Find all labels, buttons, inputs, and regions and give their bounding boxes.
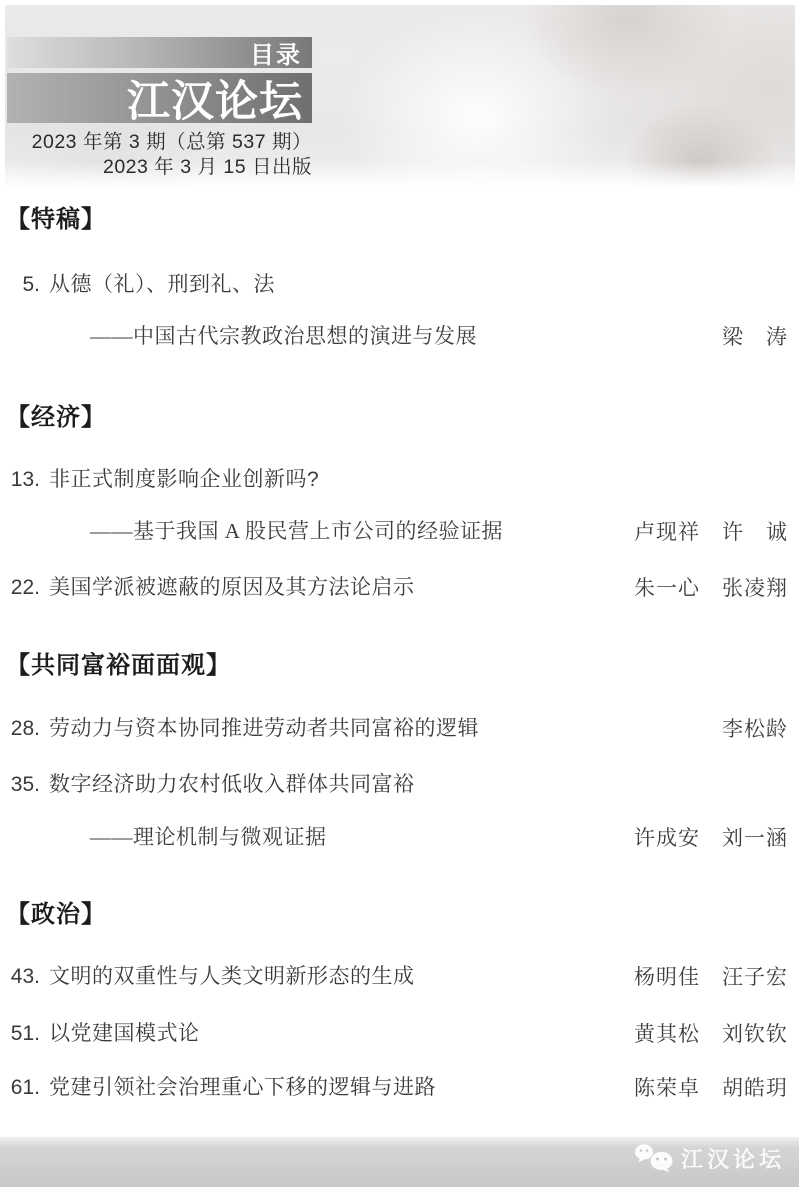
journal-name-banner: 江汉论坛 — [7, 73, 312, 123]
section-heading-tegao: 【特稿】 — [6, 206, 106, 234]
toc-entry-title: 13.非正式制度影响企业创新吗? — [0, 466, 799, 495]
article-title: 以党建国模式论 — [49, 1022, 200, 1045]
toc-entry-title: 43.文明的双重性与人类文明新形态的生成 杨明佳 汪子宏 — [0, 963, 799, 992]
toc-entry-title: 28.劳动力与资本协同推进劳动者共同富裕的逻辑 李松龄 — [0, 715, 799, 744]
journal-toc-page: 目录 江汉论坛 2023 年第 3 期（总第 537 期） 2023 年 3 月… — [0, 0, 799, 1187]
page-number: 13. — [0, 466, 40, 493]
toc-entry-subtitle: ——中国古代宗教政治思想的演进与发展 梁 涛 — [0, 323, 799, 352]
toc-entry-subtitle: ——基于我国 A 股民营上市公司的经验证据 卢现祥 许 诚 — [0, 518, 799, 547]
wechat-watermark: 江汉论坛 — [634, 1143, 785, 1174]
article-authors: 李松龄 — [722, 716, 788, 743]
toc-entry-title: 5.从德（礼）、刑到礼、法 — [0, 271, 799, 300]
article-title: 从德（礼）、刑到礼、法 — [49, 273, 275, 296]
issue-line: 2023 年第 3 期（总第 537 期） — [0, 130, 312, 155]
toc-entry-title: 61.党建引领社会治理重心下移的逻辑与进路 陈荣卓 胡皓玥 — [0, 1074, 799, 1103]
page-number: 35. — [0, 771, 40, 798]
page-number: 22. — [0, 574, 40, 601]
article-authors: 卢现祥 许 诚 — [634, 519, 788, 546]
article-title: 劳动力与资本协同推进劳动者共同富裕的逻辑 — [49, 717, 479, 740]
journal-name: 江汉论坛 — [127, 68, 303, 129]
section-heading-jingji: 【经济】 — [6, 404, 106, 432]
page-number: 61. — [0, 1074, 40, 1101]
article-subtitle: ——基于我国 A 股民营上市公司的经验证据 — [90, 519, 503, 543]
toc-entry-subtitle: ——理论机制与微观证据 许成安 刘一涵 — [0, 824, 799, 853]
footer-band: 江汉论坛 — [0, 1137, 799, 1187]
publish-line: 2023 年 3 月 15 日出版 — [0, 155, 312, 180]
issue-info: 2023 年第 3 期（总第 537 期） 2023 年 3 月 15 日出版 — [0, 130, 312, 180]
page-number: 28. — [0, 715, 40, 742]
toc-banner-label: 目录 — [250, 35, 302, 70]
article-authors: 梁 涛 — [722, 324, 788, 351]
page-number: 5. — [0, 271, 40, 298]
article-authors: 许成安 刘一涵 — [634, 825, 788, 852]
watermark-label: 江汉论坛 — [681, 1143, 785, 1174]
toc-banner: 目录 — [7, 37, 312, 68]
article-authors: 黄其松 刘钦钦 — [634, 1021, 788, 1048]
section-heading-zhengzhi: 【政治】 — [6, 901, 106, 929]
article-title: 文明的双重性与人类文明新形态的生成 — [49, 965, 415, 988]
article-title: 非正式制度影响企业创新吗? — [49, 468, 319, 491]
page-number: 51. — [0, 1020, 40, 1047]
page-number: 43. — [0, 963, 40, 990]
article-authors: 杨明佳 汪子宏 — [634, 964, 788, 991]
article-authors: 陈荣卓 胡皓玥 — [634, 1075, 788, 1102]
article-authors: 朱一心 张凌翔 — [634, 575, 788, 602]
article-subtitle: ——理论机制与微观证据 — [90, 825, 327, 849]
wechat-icon — [634, 1143, 674, 1174]
article-title: 数字经济助力农村低收入群体共同富裕 — [49, 773, 415, 796]
article-title: 美国学派被遮蔽的原因及其方法论启示 — [49, 576, 415, 599]
toc-entry-title: 35.数字经济助力农村低收入群体共同富裕 — [0, 771, 799, 800]
toc-entry-title: 51.以党建国模式论 黄其松 刘钦钦 — [0, 1020, 799, 1049]
article-subtitle: ——中国古代宗教政治思想的演进与发展 — [90, 324, 477, 348]
section-heading-gongtongfuyu: 【共同富裕面面观】 — [6, 652, 231, 680]
article-title: 党建引领社会治理重心下移的逻辑与进路 — [49, 1076, 436, 1099]
toc-entry-title: 22.美国学派被遮蔽的原因及其方法论启示 朱一心 张凌翔 — [0, 574, 799, 603]
